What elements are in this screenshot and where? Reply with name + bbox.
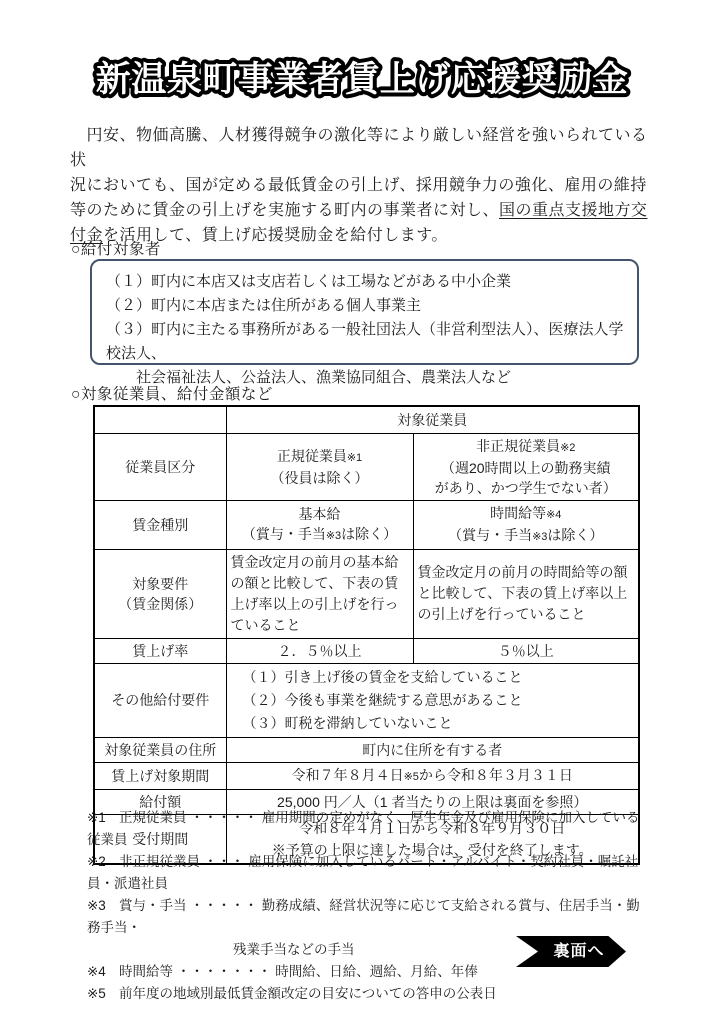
cell-text: （賞与・手当 (448, 527, 532, 543)
period-cell: 令和７年８月４日※5から令和８年３月３１日 (226, 762, 639, 789)
requirement-nonregular-cell: 賃金改定月の前月の時間給等の額と比較して、下表の賃上げ率以上の引上げを行っている… (413, 549, 639, 638)
footnote-term: 正規従業員 ・・・・・ (119, 810, 258, 825)
recipient-item: （１）町内に本店又は支店若しくは工場などがある中小企業 (106, 270, 627, 294)
flyer-page: 新温泉町事業者賃上げ応援奨励金 円安、物価高騰、人材獲得競争の激化等により厳しい… (0, 0, 724, 1024)
cell-text: は除く） (341, 526, 397, 542)
footnote-mark: ※3 (87, 895, 119, 917)
footnote-term: 非正規従業員 ・・・ (119, 854, 244, 869)
table-row-other-requirements: その他給付要件 （１）引き上げ後の賃金を支給していること （２）今後も事業を継続… (94, 663, 639, 737)
cell-text: 時間給等 (490, 505, 546, 521)
cell-text: （役員は除く） (271, 470, 369, 486)
table-row-period: 賃上げ対象期間 令和７年８月４日※5から令和８年３月３１日 (94, 762, 639, 789)
footnote-mark: ※2 (87, 851, 119, 873)
section-heading-table: ○対象従業員、給付金額など (71, 382, 273, 404)
eligibility-table: 対象従業員 従業員区分 正規従業員※1 （役員は除く） 非正規従業員※2 （週2… (93, 405, 640, 865)
footnote-item: ※2非正規従業員 ・・・雇用保険に加入しているパート・アルバイト・契約社員・嘱託… (87, 851, 647, 895)
table-row-header: 対象従業員 (94, 406, 639, 433)
intro-line: 等のために賃金の引上げを実施する町内の事業者に対し、国の重点支援地方交 (70, 198, 658, 223)
footnotes: ※1正規従業員 ・・・・・雇用期間の定めがなく、厚生年金及び雇用保険に加入してい… (87, 807, 647, 1005)
table-row-address: 対象従業員の住所 町内に住所を有する者 (94, 737, 639, 762)
footnote-mark: ※1 (87, 807, 119, 829)
cell-text: （週20時間以上の勤務実績 (441, 460, 611, 476)
footnote-ref: ※3 (532, 531, 547, 543)
footnote-ref: ※4 (546, 509, 561, 521)
cell-text: （賃金関係） (118, 596, 202, 612)
other-requirement-item: （１）引き上げ後の賃金を支給していること (243, 666, 634, 689)
table-row-requirement: 対象要件 （賃金関係） 賃金改定月の前月の基本給の額と比較して、下表の賃上げ率以… (94, 549, 639, 638)
requirement-regular-cell: 賃金改定月の前月の基本給の額と比較して、下表の賃上げ率以上の引上げを行っているこ… (226, 549, 413, 638)
rate-nonregular-cell: ５％以上 (413, 638, 639, 663)
intro-text: 円安、物価高騰、人材獲得競争の激化等により厳しい経営を強いられている状 (70, 127, 648, 169)
footnote-ref: ※3 (326, 530, 341, 542)
other-requirement-item: （２）今後も事業を継続する意思があること (243, 689, 634, 712)
footnote-ref: ※5 (404, 771, 419, 783)
underlined-grant-name: 国の重点支援地方交 (499, 202, 648, 219)
section-heading-recipients: ○給付対象者 (71, 237, 161, 259)
page-title-svg: 新温泉町事業者賃上げ応援奨励金 (52, 46, 672, 108)
row-label: 賃金種別 (94, 500, 226, 549)
page-title: 新温泉町事業者賃上げ応援奨励金 (96, 60, 629, 99)
cell-text: から令和８年３月３１日 (419, 767, 573, 783)
recipient-item: （２）町内に本店または住所がある個人事業主 (106, 294, 627, 318)
nonregular-employee-cell: 非正規従業員※2 （週20時間以上の勤務実績 があり、かつ学生でない者） (413, 433, 639, 500)
intro-line: 円安、物価高騰、人材獲得競争の激化等により厳しい経営を強いられている状 (70, 123, 658, 173)
cell-text: があり、かつ学生でない者） (435, 480, 617, 496)
other-requirement-item: （３）町税を滞納していないこと (243, 712, 634, 735)
address-cell: 町内に住所を有する者 (226, 737, 639, 762)
footnote-term: 時間給等 ・・・・・・・ (119, 964, 271, 979)
back-page-label: 裏面へ (553, 943, 604, 960)
row-label: 対象要件 （賃金関係） (94, 549, 226, 638)
footnote-mark: ※4 (87, 961, 119, 983)
base-salary-cell: 基本給 （賞与・手当※3は除く） (226, 500, 413, 549)
rate-regular-cell: ２．５％以上 (226, 638, 413, 663)
row-label: 従業員区分 (94, 433, 226, 500)
table-row-wage-type: 賃金種別 基本給 （賞与・手当※3は除く） 時間給等※4 （賞与・手当※3は除く… (94, 500, 639, 549)
intro-text: 等のために賃金の引上げを実施する町内の事業者に対し、 (70, 202, 499, 219)
cell-text: 令和７年８月４日 (292, 767, 404, 783)
row-label: 賃上げ率 (94, 638, 226, 663)
hourly-wage-cell: 時間給等※4 （賞与・手当※3は除く） (413, 500, 639, 549)
row-label: 対象従業員の住所 (94, 737, 226, 762)
cell-text: 対象要件 (132, 576, 188, 592)
other-requirements-cell: （１）引き上げ後の賃金を支給していること （２）今後も事業を継続する意思があるこ… (226, 663, 639, 737)
footnote-term: 賞与・手当 ・・・・・ (119, 898, 258, 913)
footnote-item: ※1正規従業員 ・・・・・雇用期間の定めがなく、厚生年金及び雇用保険に加入してい… (87, 807, 647, 851)
recipient-item: （３）町内に主たる事務所がある一般社団法人（非営利型法人）、医療法人学校法人、 (106, 318, 627, 366)
cell-text: は除く） (547, 527, 603, 543)
footnote-item: ※3賞与・手当 ・・・・・勤務成績、経営状況等に応じて支給される賞与、住居手当・… (87, 895, 647, 939)
intro-paragraph: 円安、物価高騰、人材獲得競争の激化等により厳しい経営を強いられている状 況におい… (70, 123, 658, 248)
regular-employee-cell: 正規従業員※1 （役員は除く） (226, 433, 413, 500)
page-title-wrap: 新温泉町事業者賃上げ応援奨励金 (0, 46, 724, 113)
cell-text: （賞与・手当 (242, 526, 326, 542)
intro-line: 況においても、国が定める最低賃金の引上げ、採用競争力の強化、雇用の維持 (70, 173, 658, 198)
intro-text: 況においても、国が定める最低賃金の引上げ、採用競争力の強化、雇用の維持 (70, 177, 647, 194)
footnote-item: ※5前年度の地域別最低賃金額改定の目安についての答申の公表日 (87, 983, 647, 1005)
cell-text: 基本給 (299, 506, 341, 522)
recipients-box: （１）町内に本店又は支店若しくは工場などがある中小企業 （２）町内に本店または住… (90, 259, 639, 365)
footnote-desc: 時間給、日給、週給、月給、年俸 (275, 964, 478, 979)
footnote-mark: ※5 (87, 983, 119, 1005)
cell-text: 非正規従業員 (476, 438, 560, 454)
row-label: 賃上げ対象期間 (94, 762, 226, 789)
table-row-rate: 賃上げ率 ２．５％以上 ５％以上 (94, 638, 639, 663)
header-empty-cell (94, 406, 226, 433)
header-span-cell: 対象従業員 (226, 406, 639, 433)
footnote-ref: ※2 (560, 442, 575, 454)
row-label: その他給付要件 (94, 663, 226, 737)
footnote-ref: ※1 (347, 452, 362, 464)
cell-text: 正規従業員 (277, 448, 347, 464)
table-row-employee-class: 従業員区分 正規従業員※1 （役員は除く） 非正規従業員※2 （週20時間以上の… (94, 433, 639, 500)
footnote-desc: 前年度の地域別最低賃金額改定の目安についての答申の公表日 (119, 986, 497, 1001)
